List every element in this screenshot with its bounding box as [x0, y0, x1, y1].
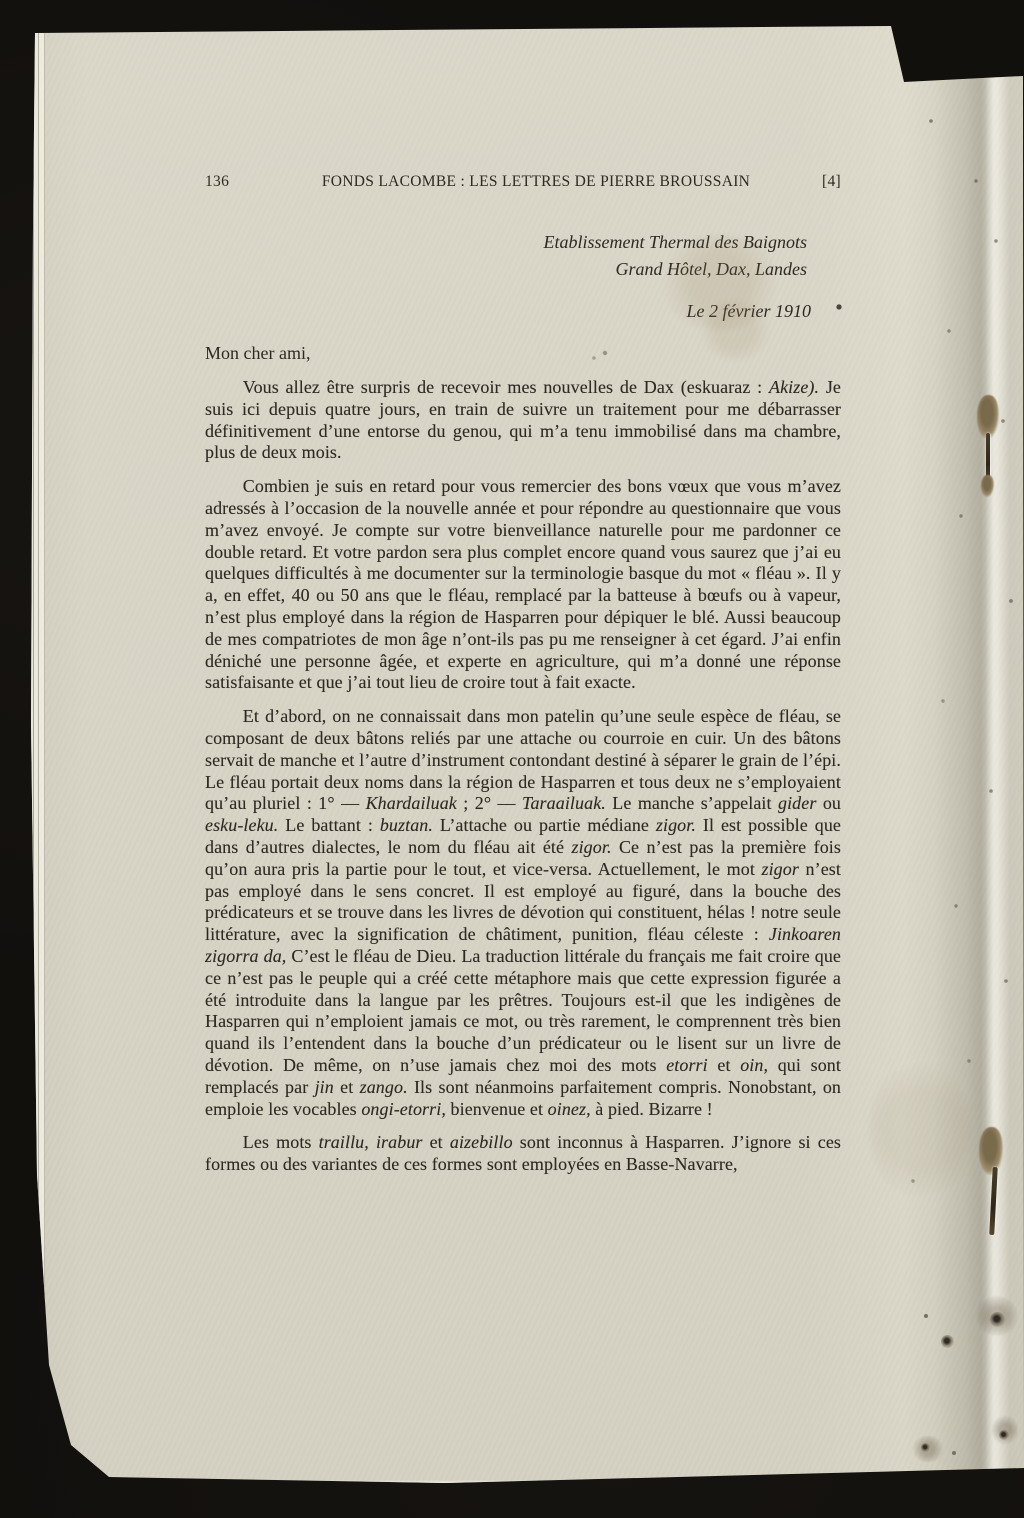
- basque-term: zigor: [762, 859, 799, 879]
- gutter-crease: [934, 25, 1024, 1491]
- letter-text: bienvenue et: [446, 1099, 548, 1119]
- letterhead-address: Grand Hôtel, Dax, Landes: [205, 256, 807, 283]
- letter-text: L’attache ou partie médiane: [433, 815, 656, 835]
- letterhead-establishment: Etablissement Thermal des Baignots: [205, 229, 807, 256]
- basque-term: traillu, irabur: [319, 1132, 423, 1152]
- basque-term: Taraailuak.: [522, 793, 606, 813]
- paragraph: Les mots traillu, irabur et aizebillo so…: [205, 1132, 841, 1176]
- letter-text: ; 2° —: [457, 793, 522, 813]
- basque-term: Akize).: [769, 377, 819, 397]
- basque-term: zigor.: [572, 837, 612, 857]
- basque-term: ongi-etorri,: [361, 1099, 446, 1119]
- basque-term: zigor.: [656, 815, 696, 835]
- basque-term: oin,: [740, 1055, 768, 1075]
- letter-text: Le manche s’appelait: [606, 793, 778, 813]
- basque-term: aizebillo: [450, 1132, 513, 1152]
- basque-term: zango.: [360, 1077, 408, 1097]
- paragraph: Vous allez être surpris de recevoir mes …: [205, 377, 841, 464]
- letter-text: et: [334, 1077, 360, 1097]
- letterhead: Etablissement Thermal des Baignots Grand…: [205, 229, 841, 283]
- basque-term: etorri: [666, 1055, 708, 1075]
- basque-term: jin: [315, 1077, 334, 1097]
- letter-text: Le battant :: [278, 815, 379, 835]
- letter-date: Le 2 février 1910: [205, 301, 841, 322]
- letter-text: Combien je suis en retard pour vous reme…: [205, 476, 841, 692]
- page-stack-edges: [25, 33, 51, 1463]
- page-number: 136: [205, 173, 291, 191]
- letter-text: à pied. Bizarre !: [591, 1099, 713, 1119]
- running-header: 136 FONDS LACOMBE : LES LETTRES DE PIERR…: [205, 173, 841, 191]
- basque-term: oinez,: [548, 1099, 591, 1119]
- basque-term: gider: [778, 793, 816, 813]
- letter-body: Vous allez être surpris de recevoir mes …: [205, 377, 841, 1176]
- running-title: FONDS LACOMBE : LES LETTRES DE PIERRE BR…: [291, 173, 781, 191]
- book-page: 136 FONDS LACOMBE : LES LETTRES DE PIERR…: [25, 25, 1024, 1491]
- dust-specks: [0, 0, 2, 2]
- basque-term: buztan.: [380, 815, 433, 835]
- section-reference: [4]: [781, 173, 841, 191]
- letter-text: Vous allez être surpris de recevoir mes …: [243, 377, 769, 397]
- scanned-book-page: 136 FONDS LACOMBE : LES LETTRES DE PIERR…: [0, 0, 1024, 1518]
- letter-text: Les mots: [243, 1132, 319, 1152]
- page-bottom-edge: [85, 1480, 1015, 1485]
- salutation: Mon cher ami,: [205, 343, 841, 364]
- letter-text: et: [708, 1055, 740, 1075]
- paragraph: Combien je suis en retard pour vous reme…: [205, 476, 841, 694]
- paragraph: Et d’abord, on ne connaissait dans mon p…: [205, 706, 841, 1120]
- basque-term: Khardailuak: [366, 793, 457, 813]
- letter-text: ou: [816, 793, 841, 813]
- basque-term: esku-leku.: [205, 815, 278, 835]
- letter-text: et: [423, 1132, 450, 1152]
